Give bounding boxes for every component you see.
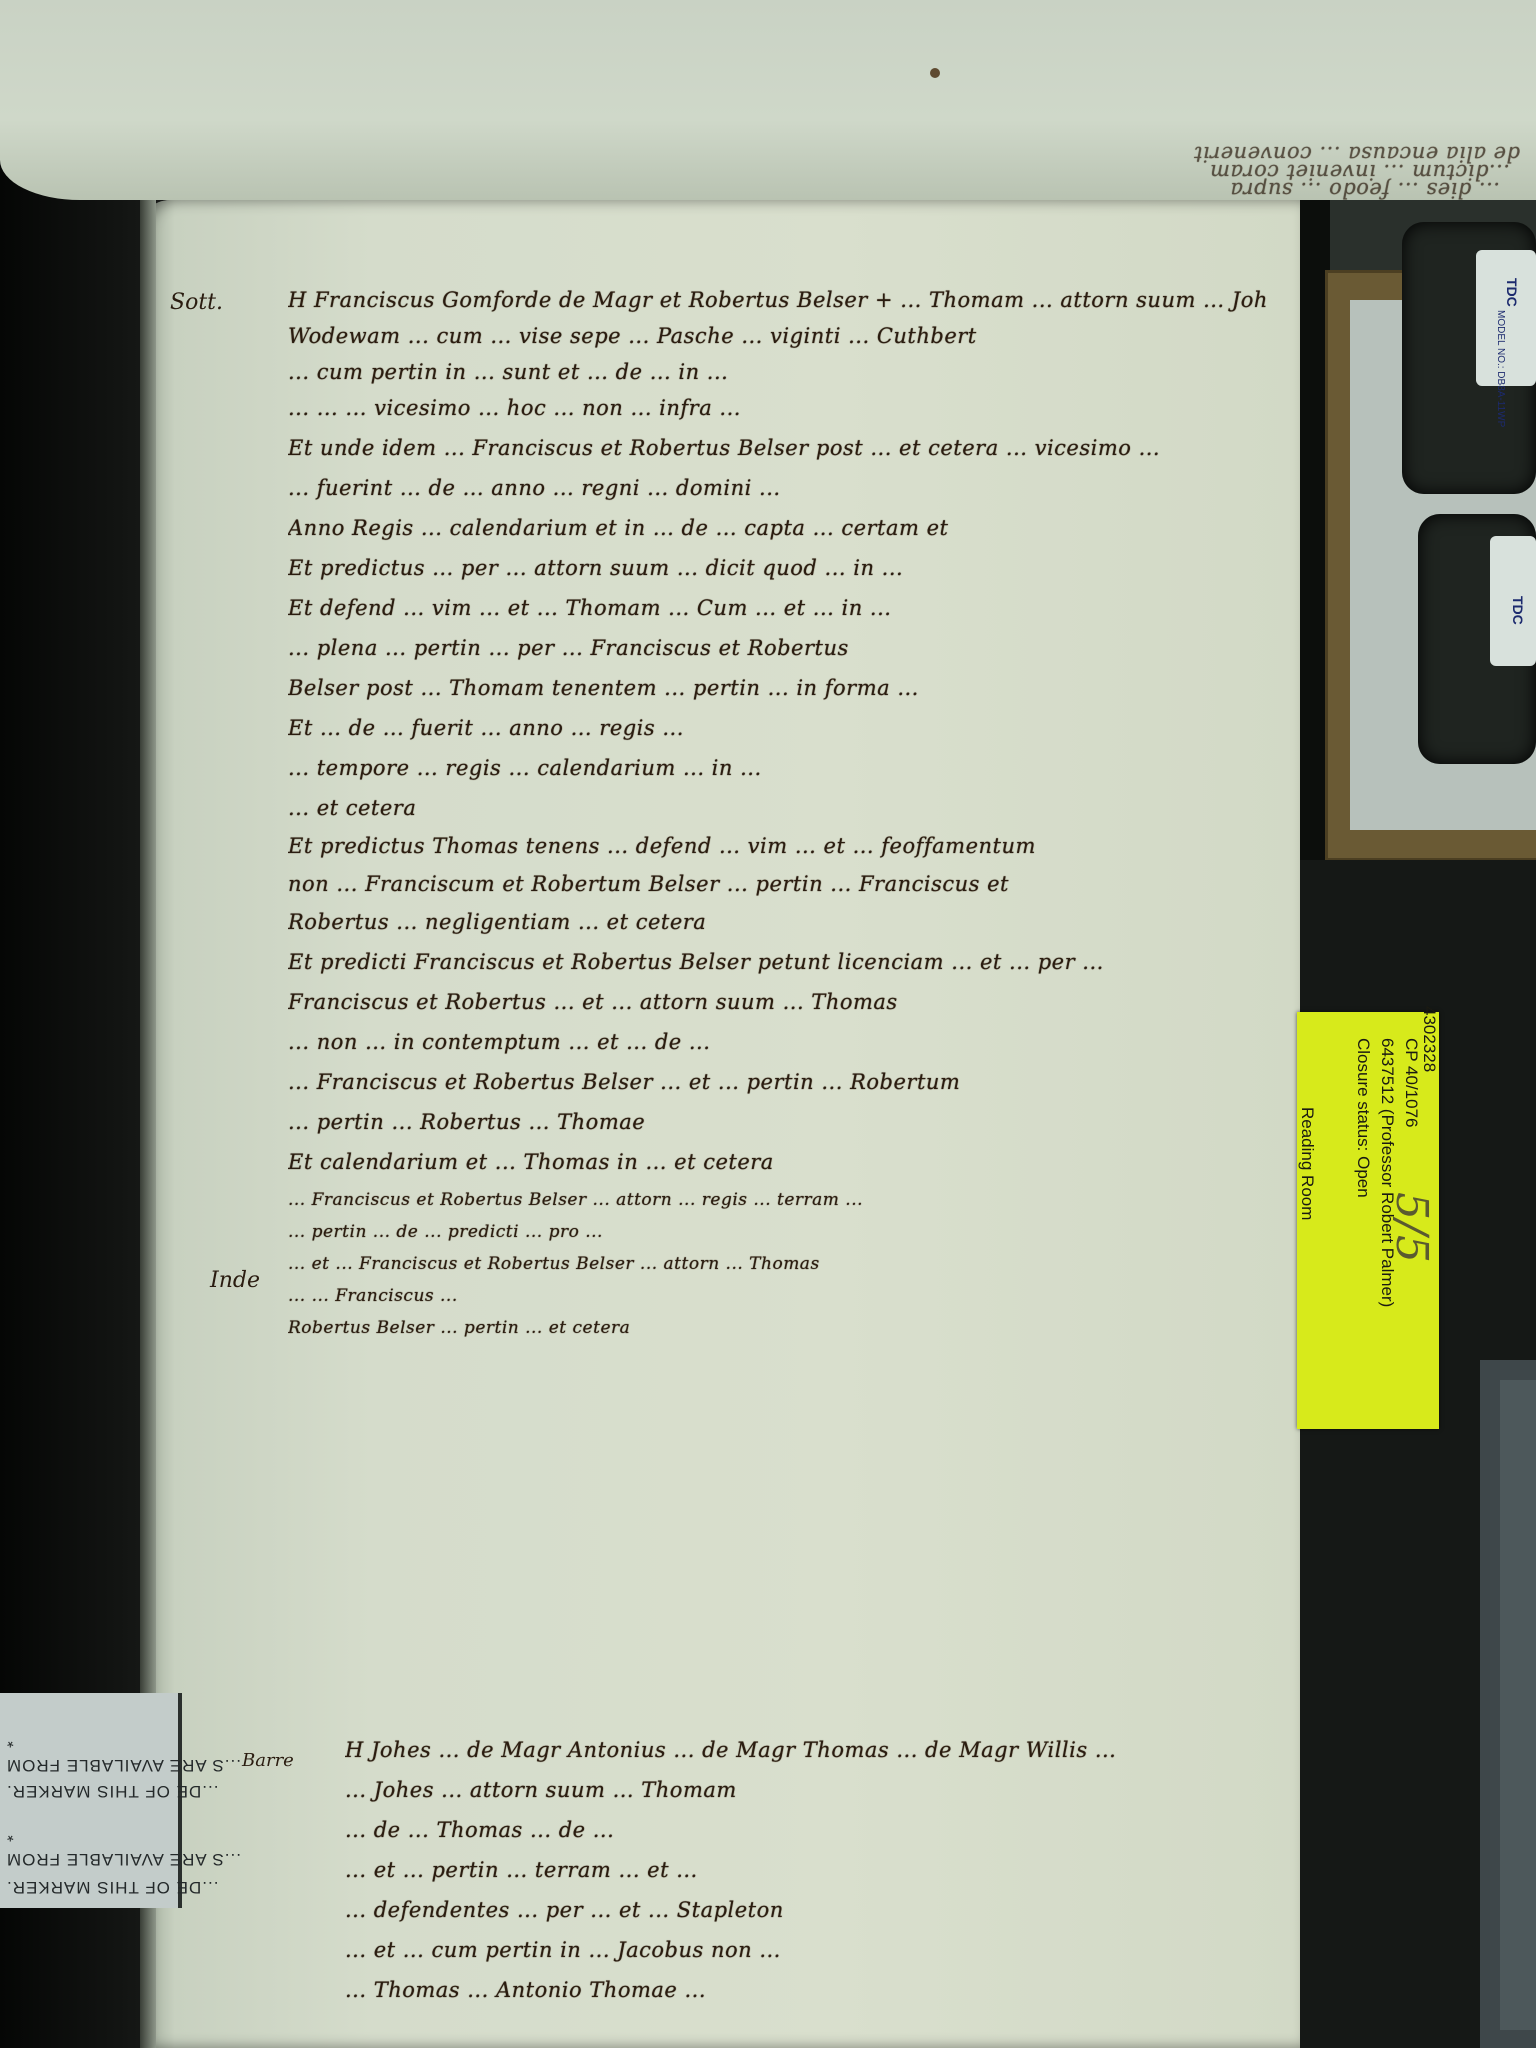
reading-room-slip: * ...S ARE AVAILABLE FROM ...DE OF THIS … bbox=[0, 1693, 182, 1908]
manuscript-line: non ... Franciscum et Robertum Belser ..… bbox=[288, 872, 1288, 900]
slip-line: ...S ARE AVAILABLE FROM bbox=[6, 1849, 241, 1869]
adapter-model: MODEL NO.: DB8A-11WP bbox=[1495, 310, 1506, 427]
marker-location: Reading Room bbox=[1297, 1107, 1317, 1220]
manuscript-page: Sott. H Franciscus Gomforde de Magr et R… bbox=[140, 200, 1300, 2048]
power-adapter-2: TDC bbox=[1418, 514, 1536, 764]
manuscript-line: ... Franciscus et Robertus Belser ... et… bbox=[288, 1070, 1288, 1098]
margin-note: Sott. bbox=[170, 290, 223, 315]
margin-note: Inde bbox=[210, 1268, 260, 1293]
marker-partial-id: 4302328 bbox=[1419, 1006, 1439, 1072]
upside-down-line: ... dies ... feodo ... supra bbox=[80, 174, 1500, 202]
manuscript-line: ... pertin ... Robertus ... Thomae bbox=[288, 1110, 1288, 1138]
manuscript-line: ... non ... in contemptum ... et ... de … bbox=[288, 1030, 1288, 1058]
manuscript-line: ... defendentes ... per ... et ... Stapl… bbox=[345, 1898, 1305, 1926]
margin-note: Barre bbox=[242, 1750, 294, 1771]
manuscript-line: ... cum pertin in ... sunt et ... de ...… bbox=[288, 360, 1288, 388]
manuscript-line: Et predicti Franciscus et Robertus Belse… bbox=[288, 950, 1288, 978]
manuscript-line: ... Franciscus et Robertus Belser ... at… bbox=[288, 1190, 1288, 1218]
manuscript-line: Et ... de ... fuerit ... anno ... regis … bbox=[288, 716, 1288, 744]
manuscript-line: Et predictus Thomas tenens ... defend ..… bbox=[288, 834, 1288, 862]
manuscript-line: ... ... ... vicesimo ... hoc ... non ...… bbox=[288, 396, 1288, 424]
manuscript-line: Et calendarium et ... Thomas in ... et c… bbox=[288, 1150, 1288, 1178]
marker-handwritten-number: 5/5 bbox=[1386, 1192, 1437, 1263]
slip-line: ...S ARE AVAILABLE FROM bbox=[6, 1755, 241, 1775]
manuscript-line: Robertus ... negligentiam ... et cetera bbox=[288, 910, 1088, 938]
slip-line: ...DE OF THIS MARKER. bbox=[6, 1781, 218, 1801]
manuscript-line: H Franciscus Gomforde de Magr et Robertu… bbox=[288, 288, 1288, 316]
manuscript-line: Wodewam ... cum ... vise sepe ... Pasche… bbox=[288, 324, 1288, 352]
manuscript-line: Franciscus et Robertus ... et ... attorn… bbox=[288, 990, 1288, 1018]
manuscript-line: Anno Regis ... calendarium et in ... de … bbox=[288, 516, 1288, 544]
document-marker-label: 4302328 CP 40/1076 6437512 (Professor Ro… bbox=[1297, 1012, 1439, 1429]
manuscript-line: ... plena ... pertin ... per ... Francis… bbox=[288, 636, 1288, 664]
manuscript-line: ... et ... pertin ... terram ... et ... bbox=[345, 1858, 1305, 1886]
manuscript-line: Robertus Belser ... pertin ... et cetera bbox=[288, 1318, 1088, 1346]
manuscript-line: ... de ... Thomas ... de ... bbox=[345, 1818, 1305, 1846]
power-adapter-1: TDC MODEL NO.: DB8A-11WP bbox=[1402, 222, 1536, 494]
marker-reference: CP 40/1076 bbox=[1401, 1038, 1421, 1127]
manuscript-line: ... pertin ... de ... predicti ... pro .… bbox=[288, 1222, 1288, 1250]
manuscript-line: Et unde idem ... Franciscus et Robertus … bbox=[288, 436, 1288, 464]
manuscript-line: H Johes ... de Magr Antonius ... de Magr… bbox=[345, 1738, 1305, 1766]
adapter-brand: TDC bbox=[1510, 596, 1526, 625]
adapter-label-2: TDC bbox=[1490, 536, 1536, 666]
marker-reader-ticket: 6437512 (Professor Robert Palmer) bbox=[1377, 1038, 1397, 1307]
slip-line: ...DE OF THIS MARKER. bbox=[6, 1877, 218, 1897]
adapter-brand: TDC bbox=[1504, 278, 1520, 307]
manuscript-line: ... et cetera bbox=[288, 796, 688, 824]
slip-bullet: * bbox=[6, 1825, 14, 1845]
adapter-label-1: TDC MODEL NO.: DB8A-11WP bbox=[1476, 250, 1536, 386]
folded-back-page: de alia encausa ... convenerit ...dictum… bbox=[0, 0, 1536, 200]
manuscript-line: Et predictus ... per ... attorn suum ...… bbox=[288, 556, 1288, 584]
manuscript-line: Et defend ... vim ... et ... Thomam ... … bbox=[288, 596, 1288, 624]
manuscript-line: ... Thomas ... Antonio Thomae ... bbox=[345, 1978, 1305, 2006]
manuscript-line: ... fuerint ... de ... anno ... regni ..… bbox=[288, 476, 1288, 504]
marker-closure-status: Closure status: Open bbox=[1353, 1038, 1373, 1198]
ink-spot bbox=[930, 68, 940, 78]
manuscript-line: ... tempore ... regis ... calendarium ..… bbox=[288, 756, 1288, 784]
manuscript-line: ... ... Franciscus ... bbox=[288, 1286, 1288, 1314]
slip-bullet: * bbox=[6, 1731, 14, 1751]
manuscript-line: Belser post ... Thomam tenentem ... pert… bbox=[288, 676, 1288, 704]
manuscript-line: ... Johes ... attorn suum ... Thomam bbox=[345, 1778, 1305, 1806]
grey-sheet bbox=[1500, 1380, 1536, 2030]
manuscript-line: ... et ... cum pertin in ... Jacobus non… bbox=[345, 1938, 1305, 1966]
manuscript-line: ... et ... Franciscus et Robertus Belser… bbox=[288, 1254, 1288, 1282]
